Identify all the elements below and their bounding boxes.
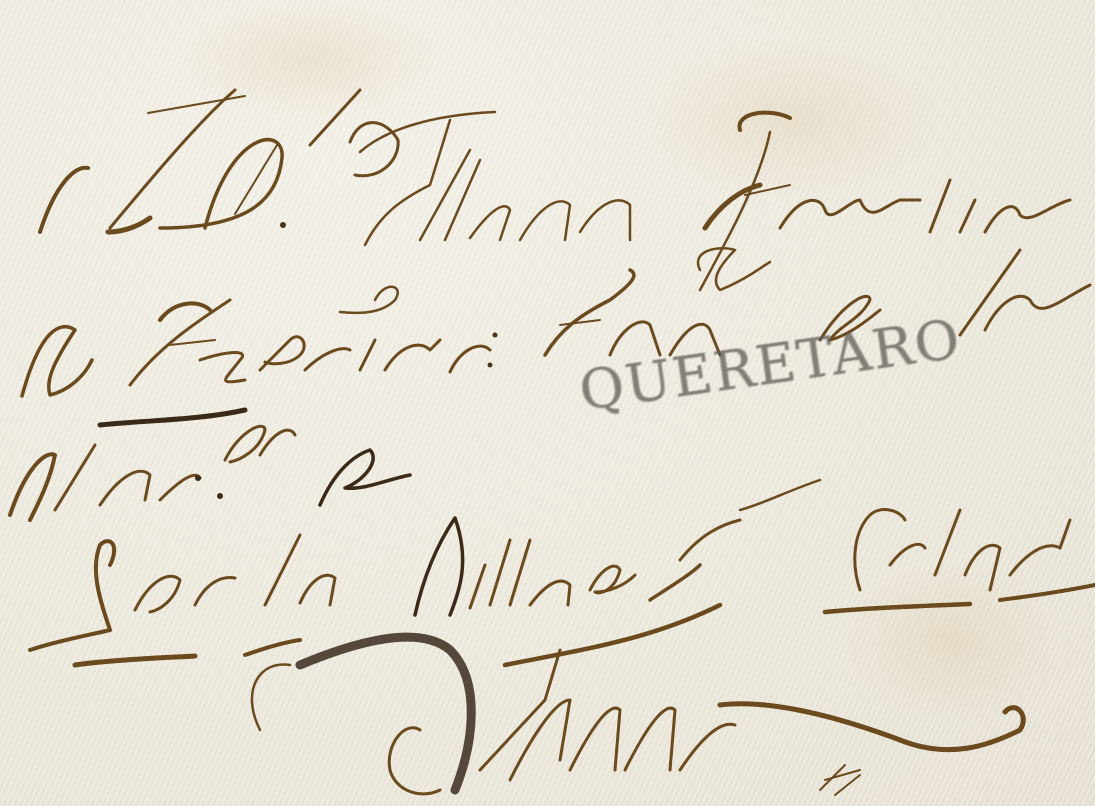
letter-cover: A D.n Julian Agustin de Azpeitia: Adm.or… <box>0 0 1095 806</box>
